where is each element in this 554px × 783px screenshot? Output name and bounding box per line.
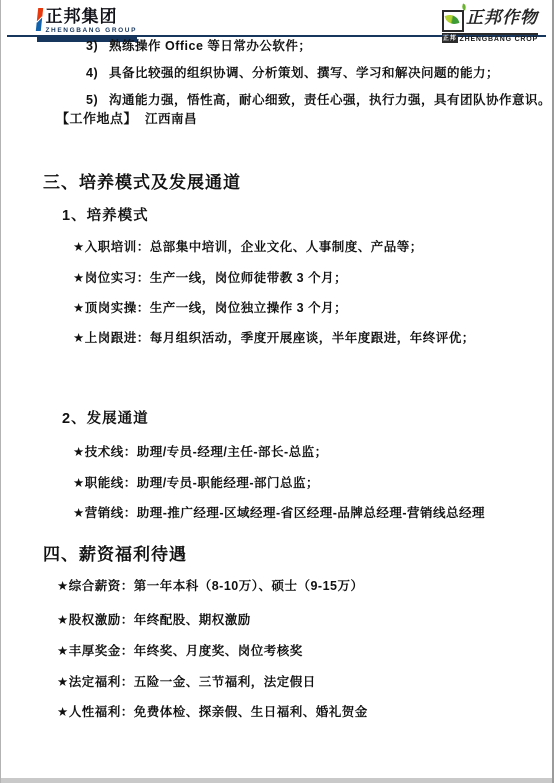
list-number: 3): [86, 39, 109, 54]
benefit-item: ★股权激励：年终配股、期权激励: [57, 613, 251, 628]
benefit-item: ★综合薪资：第一年本科（8-10万）、硕士（9-15万）: [57, 579, 364, 594]
zhengbang-group-logo-icon: [36, 8, 44, 31]
qualification-item: 5)沟通能力强，悟性高，耐心细致，责任心强，执行力强，具有团队协作意识。: [86, 93, 551, 108]
zhengbang-crop-logo: 正邦作物 正邦ZHENGBANG CROP: [442, 8, 538, 43]
zhengbang-group-logo-text: 正邦集团: [45, 7, 137, 26]
leaf-icon: [442, 10, 464, 32]
training-item: ★上岗跟进：每月组织活动，季度开展座谈，半年度跟进，年终评优；: [73, 331, 475, 346]
subsection-heading-development-channel: 2、发展通道: [62, 412, 149, 427]
list-text: 具备比较强的组织协调、分析策划、撰写、学习和解决问题的能力；: [109, 66, 499, 80]
zhengbang-crop-logo-text: 正邦作物: [466, 8, 538, 28]
list-number: 5): [86, 93, 109, 108]
channel-item: ★技术线：助理/专员-经理/主任-部长-总监；: [73, 445, 328, 460]
subsection-heading-training-mode: 1、培养模式: [62, 209, 149, 224]
list-number: 4): [86, 66, 109, 81]
training-item: ★入职培训：总部集中培训，企业文化、人事制度、产品等；: [73, 240, 423, 255]
list-text: 沟通能力强，悟性高，耐心细致，责任心强，执行力强，具有团队协作意识。: [109, 93, 551, 107]
qualification-item: 3)熟练操作 Office 等日常办公软件；: [86, 39, 311, 54]
training-item: ★顶岗实操：生产一线，岗位独立操作 3 个月；: [73, 301, 347, 316]
zhengbang-group-logo: 正邦集团 ZHENGBANG GROUP: [37, 7, 137, 42]
work-location-label: 【工作地点】: [56, 111, 137, 126]
channel-item: ★营销线：助理-推广经理-区域经理-省区经理-品牌总经理-营销线总经理: [73, 506, 485, 521]
benefit-item: ★丰厚奖金：年终奖、月度奖、岗位考核奖: [57, 644, 303, 659]
section-heading-training: 三、培养模式及发展通道: [43, 175, 241, 190]
work-location-value: 江西南昌: [145, 112, 197, 126]
page-bottom-edge: [1, 778, 552, 783]
zhengbang-crop-logo-subtext: 正邦ZHENGBANG CROP: [442, 36, 538, 43]
mini-zhengbang-mark: 正邦: [442, 36, 458, 43]
document-page: 正邦集团 ZHENGBANG GROUP 正邦作物 正邦ZHENGBANG CR…: [0, 0, 554, 783]
training-item: ★岗位实习：生产一线，岗位师徒带教 3 个月；: [73, 271, 347, 286]
channel-item: ★职能线：助理/专员-职能经理-部门总监；: [73, 476, 319, 491]
work-location-line: 【工作地点】江西南昌: [56, 111, 197, 127]
section-heading-salary-benefits: 四、薪资福利待遇: [43, 547, 187, 562]
zhengbang-group-logo-subtext: ZHENGBANG GROUP: [45, 27, 137, 34]
qualification-item: 4)具备比较强的组织协调、分析策划、撰写、学习和解决问题的能力；: [86, 66, 499, 81]
benefit-item: ★法定福利：五险一金、三节福利，法定假日: [57, 675, 316, 690]
list-text: 熟练操作 Office 等日常办公软件；: [109, 39, 311, 53]
benefit-item: ★人性福利：免费体检、探亲假、生日福利、婚礼贺金: [57, 705, 368, 720]
